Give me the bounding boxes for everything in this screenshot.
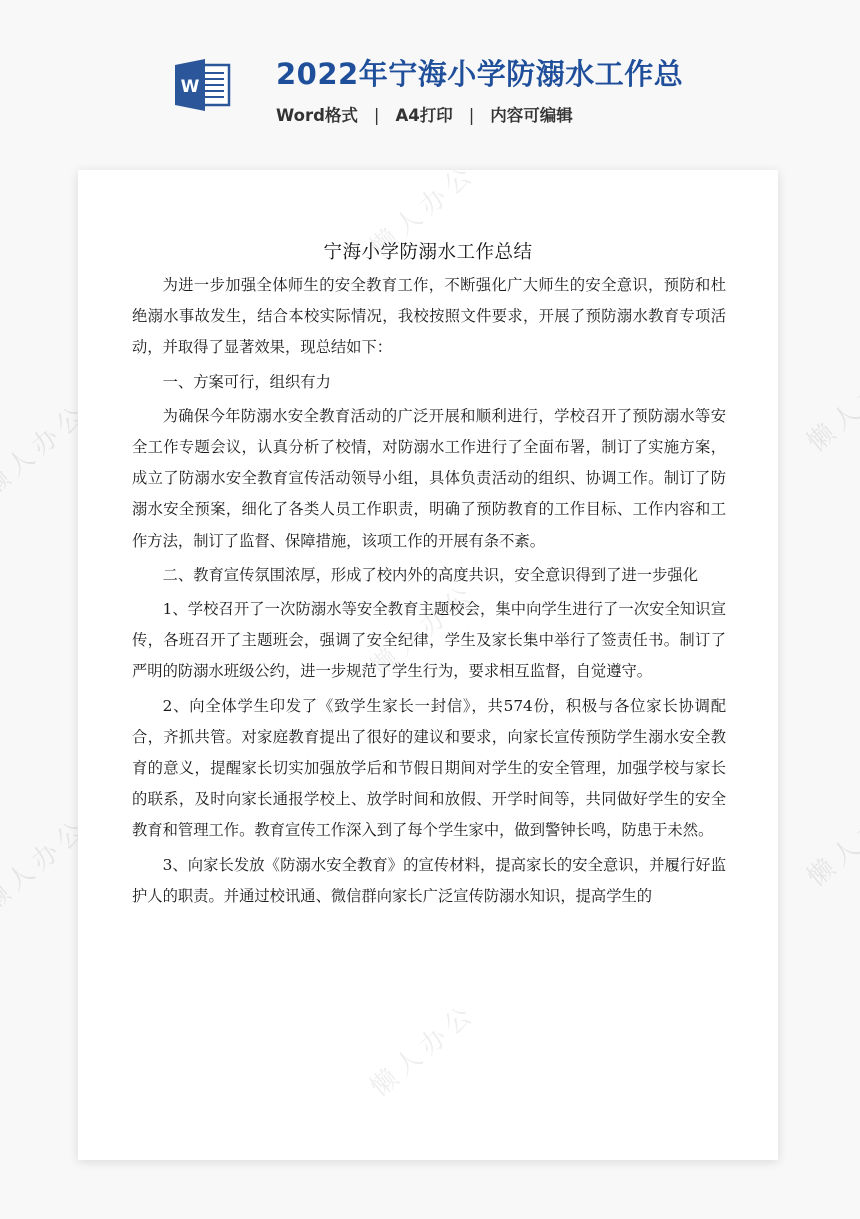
paragraph-intro: 为进一步加强全体师生的安全教育工作，不断强化广大师生的安全意识，预防和杜绝溺水事… <box>132 270 726 364</box>
watermark: 懒人办公 <box>798 783 860 894</box>
print-label: A4打印 <box>395 106 452 125</box>
paragraph: 3、向家长发放《防溺水安全教育》的宣传材料，提高家长的安全意识，并履行好监护人的… <box>132 850 726 912</box>
editable-label: 内容可编辑 <box>490 106 573 125</box>
format-label: Word格式 <box>276 106 358 125</box>
paragraph: 1、学校召开了一次防溺水等安全教育主题校会，集中向学生进行了一次安全知识宣传，各… <box>132 594 726 688</box>
document-page: 懒人办公 懒人办公 懒人办公 宁海小学防溺水工作总结 为进一步加强全体师生的安全… <box>78 170 778 1160</box>
paragraph: 为确保今年防溺水安全教育活动的广泛开展和顺利进行，学校召开了预防溺水等安全工作专… <box>132 401 726 557</box>
word-document-icon: W <box>175 59 231 111</box>
header-subtitle: Word格式|A4打印|内容可编辑 <box>276 102 573 126</box>
watermark: 懒人办公 <box>798 348 860 459</box>
header-banner: W 2022年宁海小学防溺水工作总 Word格式|A4打印|内容可编辑 <box>0 0 860 150</box>
svg-text:W: W <box>181 77 200 97</box>
separator: | <box>469 106 475 125</box>
section-heading-2: 二、教育宣传氛围浓厚，形成了校内外的高度共识，安全意识得到了进一步强化 <box>132 560 726 591</box>
section-heading-1: 一、方案可行，组织有力 <box>132 367 726 398</box>
document-title: 宁海小学防溺水工作总结 <box>78 238 778 264</box>
document-body: 为进一步加强全体师生的安全教育工作，不断强化广大师生的安全意识，预防和杜绝溺水事… <box>132 270 726 915</box>
separator: | <box>374 106 380 125</box>
header-title: 2022年宁海小学防溺水工作总 <box>276 52 683 93</box>
watermark: 懒人办公 <box>361 993 483 1104</box>
paragraph: 2、向全体学生印发了《致学生家长一封信》，共574份，积极与各位家长协调配合，齐… <box>132 691 726 847</box>
